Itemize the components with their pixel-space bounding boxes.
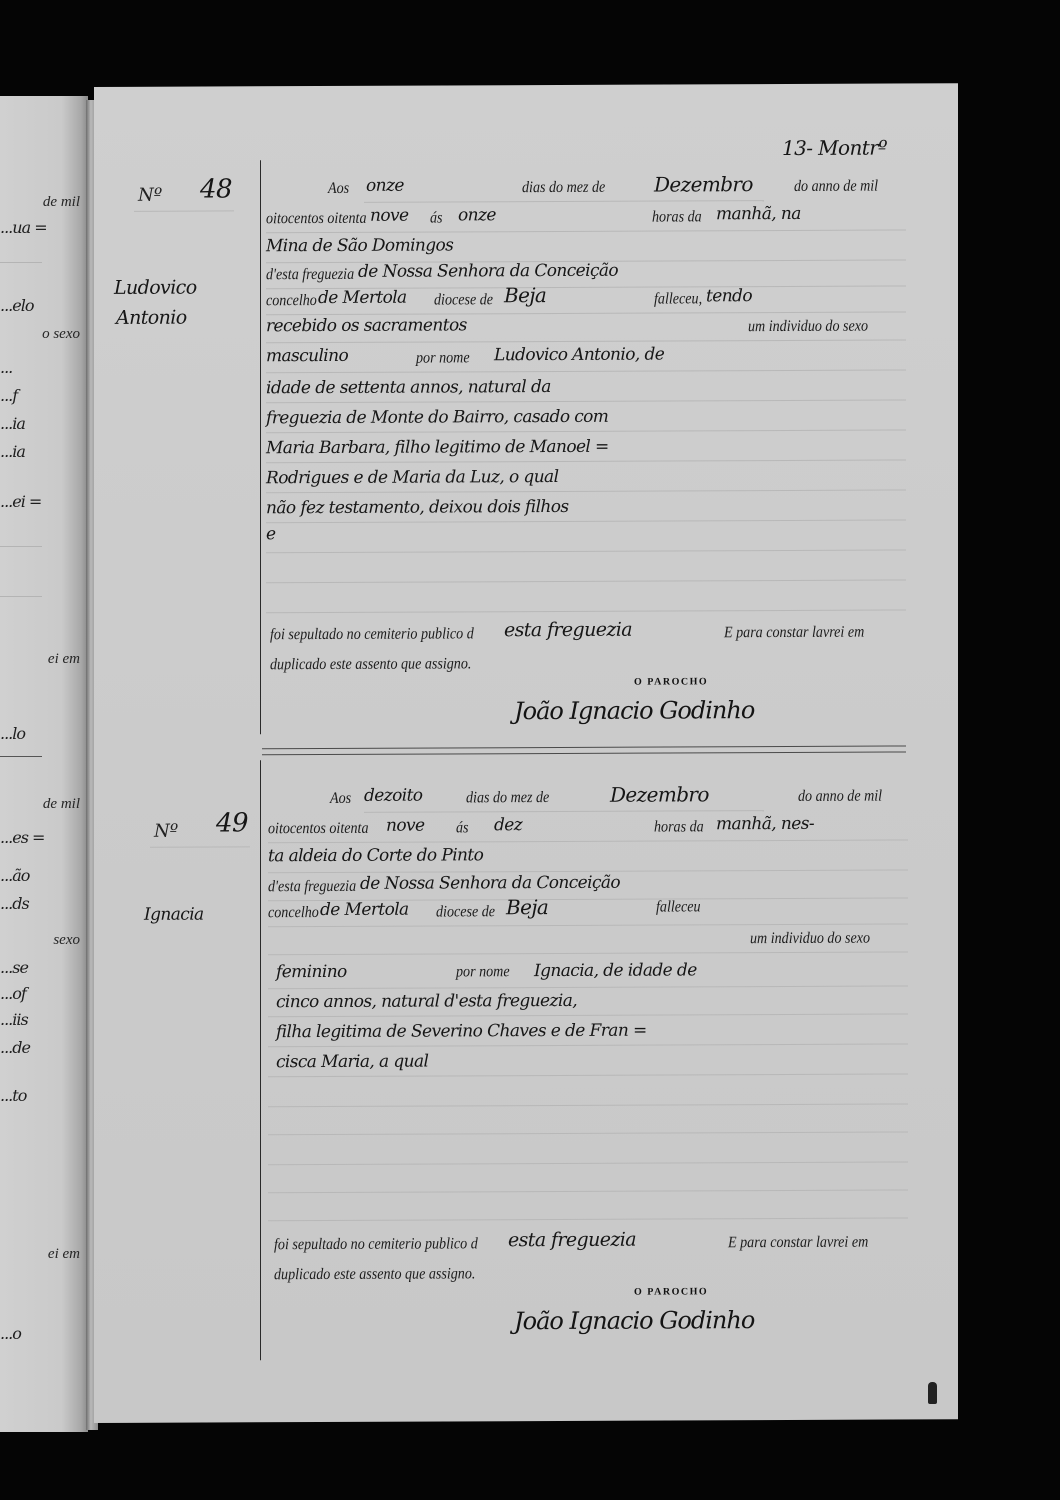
entry-49: Nº 49 Ignacia Aos dezoito dias do mez de… — [94, 83, 958, 87]
printed-text: foi sepultado no cemiterio publico d — [274, 1235, 478, 1254]
handwritten-field: feminino — [276, 962, 347, 982]
left-page-hand: ...es = — [0, 828, 44, 847]
printed-text: concelho — [266, 292, 317, 310]
handwritten-field: ta aldeia do Corte do Pinto — [268, 845, 483, 866]
printed-text: oitocentos oitenta — [268, 820, 368, 838]
ruled-line — [268, 1131, 908, 1135]
ruled-line — [266, 549, 906, 553]
handwritten-field: dezoito — [364, 786, 422, 806]
ruled-line — [266, 519, 906, 523]
margin-name: Ludovico — [114, 277, 197, 299]
left-page-hand: ... — [0, 358, 12, 377]
handwritten-field: Dezembro — [654, 172, 753, 196]
ruled-line — [268, 839, 908, 843]
handwritten-field: onze — [366, 176, 404, 196]
printed-text: foi sepultado no cemiterio publico d — [270, 625, 474, 644]
priest-signature: João Ignacio Godinho — [514, 1306, 754, 1335]
left-page-hand: ...lo — [0, 724, 25, 743]
handwritten-field: masculino — [266, 346, 348, 366]
left-page-hand: ...se — [0, 958, 28, 977]
left-page-hand: ...ei = — [0, 492, 41, 511]
printed-text: do anno de mil — [798, 788, 882, 806]
ruled-line — [266, 399, 906, 403]
ruled-line — [266, 609, 906, 613]
ruled-line — [0, 546, 42, 547]
printed-text: dias do mez de — [466, 789, 549, 807]
left-page-hand: ...ão — [0, 866, 29, 885]
ruled-line — [266, 579, 906, 583]
printed-text: dias do mez de — [522, 179, 605, 197]
ruled-line — [266, 489, 906, 493]
ruled-line — [268, 1217, 908, 1221]
ruled-line — [266, 429, 906, 433]
handwritten-field: tendo — [706, 286, 752, 306]
printed-text: falleceu, — [654, 290, 702, 308]
printed-text: ás — [430, 209, 443, 227]
handwritten-field: Mina de São Domingos — [266, 235, 453, 256]
left-page-hand: ...ds — [0, 894, 29, 913]
parocho-label: O PAROCHO — [634, 1286, 708, 1297]
printed-text: falleceu — [656, 898, 701, 916]
ruled-line — [268, 1189, 908, 1193]
entry-separator — [262, 745, 906, 749]
handwritten-field: recebido os sacramentos — [266, 315, 467, 336]
printed-text: diocese de — [434, 291, 493, 309]
printed-text: oitocentos oitenta — [266, 210, 366, 228]
left-page-hand: ...o — [0, 1324, 21, 1343]
handwritten-field: de Nossa Senhora da Conceição — [360, 873, 620, 894]
parocho-label: O PAROCHO — [634, 676, 708, 687]
ruled-line — [268, 1043, 908, 1047]
ruled-line — [150, 846, 250, 847]
handwritten-field: de Nossa Senhora da Conceição — [358, 261, 618, 282]
printed-text: do anno de mil — [794, 178, 878, 196]
ruled-line — [266, 369, 906, 373]
left-page-hand: ...to — [0, 1086, 26, 1105]
printed-text: duplicado este assento que assigno. — [270, 655, 471, 674]
ruled-line — [266, 311, 906, 315]
corner-note: 13- Montrº — [782, 136, 887, 160]
ruled-line — [0, 262, 42, 263]
ruled-line — [268, 1013, 908, 1017]
entry-number: 49 — [216, 808, 248, 838]
handwritten-field: de Mertola — [318, 288, 407, 308]
printed-text: E para constar lavrei em — [724, 624, 864, 643]
printed-text: d'esta freguezia — [266, 266, 354, 284]
priest-signature: João Ignacio Godinho — [514, 696, 754, 725]
ruled-line — [0, 596, 42, 597]
margin-rule — [260, 760, 261, 1360]
register-page: 13- Montrº Nº 48 Ludovico Antonio Aos on… — [94, 83, 958, 1423]
left-page-printed: ei em — [48, 1246, 80, 1263]
handwritten-field: idade de settenta annos, natural da — [266, 377, 551, 398]
handwritten-field: esta freguezia — [504, 619, 632, 642]
left-page-printed: sexo — [53, 932, 80, 949]
handwritten-field: esta freguezia — [508, 1229, 636, 1252]
printed-text: diocese de — [436, 903, 495, 921]
printed-text: Aos — [330, 790, 351, 808]
left-page-printed: de mil — [43, 796, 80, 813]
left-page-hand: ...ia — [0, 414, 25, 433]
printed-text: ás — [456, 819, 469, 837]
ruled-line — [268, 923, 908, 927]
margin-name: Ignacia — [144, 905, 204, 925]
ruled-line — [268, 951, 908, 955]
handwritten-field: Maria Barbara, filho legitimo de Manoel … — [266, 437, 609, 458]
entry-number-label: Nº — [154, 821, 178, 842]
handwritten-field: cisca Maria, a qual — [276, 1052, 428, 1073]
handwritten-field: manhã, nes- — [716, 814, 814, 834]
printed-text: horas da — [652, 208, 702, 226]
left-page-hand: ...of — [0, 984, 26, 1003]
handwritten-field: não fez testamento, deixou dois filhos — [266, 497, 569, 518]
printed-text: Aos — [328, 180, 349, 198]
handwritten-field: Beja — [506, 895, 548, 919]
entry-number: 48 — [200, 174, 232, 204]
ruled-line — [268, 1073, 908, 1077]
handwritten-field: Ignacia, de idade de — [534, 960, 697, 981]
handwritten-field: manhã, na — [716, 204, 801, 224]
printed-text: um individuo do sexo — [750, 930, 870, 949]
ruled-line — [364, 810, 764, 813]
ruled-line — [266, 459, 906, 463]
margin-rule — [260, 160, 261, 734]
ruled-line — [268, 1161, 908, 1165]
ruled-line — [134, 210, 234, 211]
ruled-line — [266, 229, 906, 233]
printed-text: por nome — [456, 963, 510, 981]
margin-name: Antonio — [116, 307, 187, 329]
left-page-hand: ...elo — [0, 296, 33, 315]
printed-text: horas da — [654, 818, 704, 836]
ruled-line — [364, 200, 764, 203]
printed-text: d'esta freguezia — [268, 878, 356, 896]
entry-number-label: Nº — [138, 185, 162, 206]
handwritten-field: filha legitima de Severino Chaves e de F… — [276, 1021, 647, 1043]
handwritten-field: Ludovico Antonio, de — [494, 345, 664, 366]
left-page-hand: ...ua = — [0, 218, 47, 237]
left-page-printed: de mil — [43, 194, 80, 211]
left-page-hand: ...ia — [0, 442, 25, 461]
left-page-hand: ...iis — [0, 1010, 28, 1029]
printed-text: um individuo do sexo — [748, 318, 868, 337]
handwritten-field: Dezembro — [610, 782, 709, 806]
handwritten-field: onze — [458, 205, 496, 225]
printed-text: E para constar lavrei em — [728, 1234, 868, 1253]
handwritten-field: de Mertola — [320, 900, 409, 920]
entry-48: Nº 48 Ludovico Antonio Aos onze dias do … — [94, 83, 958, 87]
left-facing-page: de mil ...ua = ...elo o sexo ... ...f ..… — [0, 96, 88, 1432]
entry-separator — [262, 751, 906, 755]
entry-separator — [0, 756, 42, 757]
printed-text: duplicado este assento que assigno. — [274, 1265, 475, 1284]
left-page-hand: ...de — [0, 1038, 30, 1057]
printed-text: por nome — [416, 349, 470, 367]
handwritten-field: nove — [370, 206, 408, 226]
handwritten-field: Rodrigues e de Maria da Luz, o qual — [266, 467, 558, 488]
handwritten-field: freguezia de Monte do Bairro, casado com — [266, 407, 608, 428]
ruled-line — [268, 985, 908, 989]
handwritten-field: Beja — [504, 283, 546, 307]
left-page-printed: o sexo — [42, 326, 80, 343]
handwritten-field: e — [266, 524, 275, 544]
handwritten-field: cinco annos, natural d'esta freguezia, — [276, 991, 577, 1012]
ink-blot — [928, 1382, 937, 1404]
left-page-printed: ei em — [48, 651, 80, 668]
ruled-line — [268, 1103, 908, 1107]
printed-text: concelho — [268, 904, 319, 922]
left-page-hand: ...f — [0, 386, 17, 405]
handwritten-field: nove — [386, 816, 424, 836]
ruled-line — [266, 339, 906, 343]
handwritten-field: dez — [494, 815, 522, 835]
